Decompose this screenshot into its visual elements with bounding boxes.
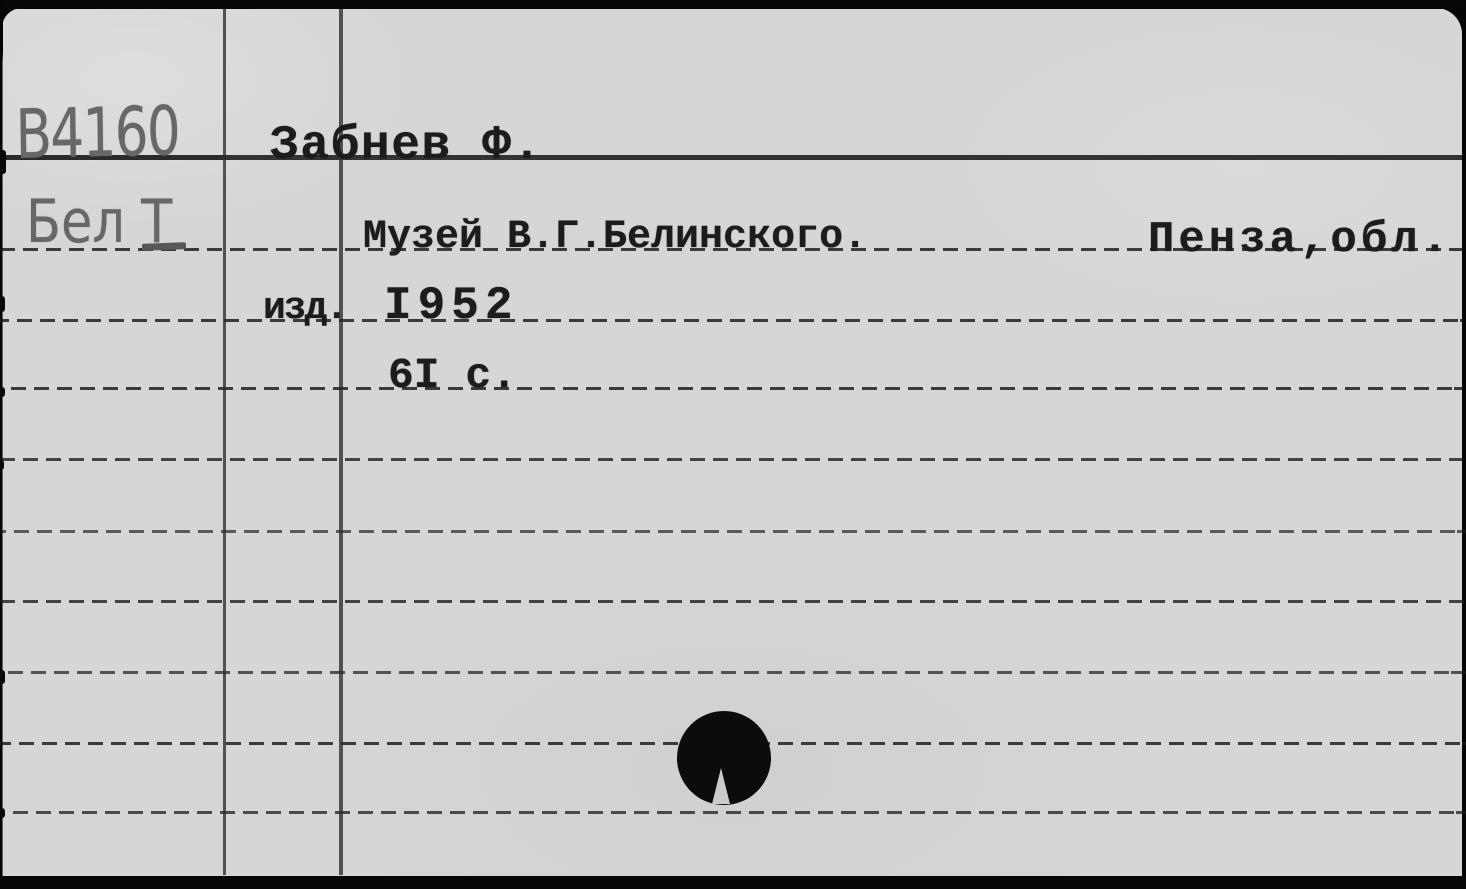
- scan-edge-mark: [0, 387, 5, 397]
- ruled-line: [0, 600, 1466, 603]
- scan-edge-mark: [0, 150, 6, 174]
- scan-edge-mark: [0, 670, 5, 684]
- punch-hole-notch: [712, 768, 730, 804]
- ruled-line: [0, 530, 1466, 533]
- scan-edge-right: [1462, 0, 1466, 889]
- pages-value: 6I с.: [388, 354, 517, 397]
- title-line: Музей В.Г.Белинского.: [363, 218, 867, 258]
- edition-label: изд.: [263, 290, 346, 328]
- scan-edge-mark: [0, 808, 5, 818]
- ruled-line: [0, 387, 1466, 390]
- scan-edge-top: [0, 0, 1466, 9]
- scan-edge-bottom: [0, 876, 1466, 889]
- header-rule: [0, 155, 1466, 160]
- call-number: В4160: [15, 98, 179, 170]
- year-value: I952: [384, 283, 518, 329]
- scan-edge-mark: [0, 296, 5, 312]
- scan-edge-mark: [0, 460, 4, 470]
- place-line: Пенза,обл.: [1148, 218, 1452, 262]
- ruled-line: [0, 458, 1466, 461]
- scan-edge-left: [0, 0, 3, 889]
- ruled-line: [0, 319, 1466, 322]
- author-line: Забнев Ф.: [270, 122, 543, 170]
- library-catalog-card-scan: В4160 Бел Т Забнев Ф. Музей В.Г.Белинско…: [0, 0, 1466, 889]
- ruled-line: [0, 811, 1466, 814]
- ruled-line: [0, 671, 1466, 674]
